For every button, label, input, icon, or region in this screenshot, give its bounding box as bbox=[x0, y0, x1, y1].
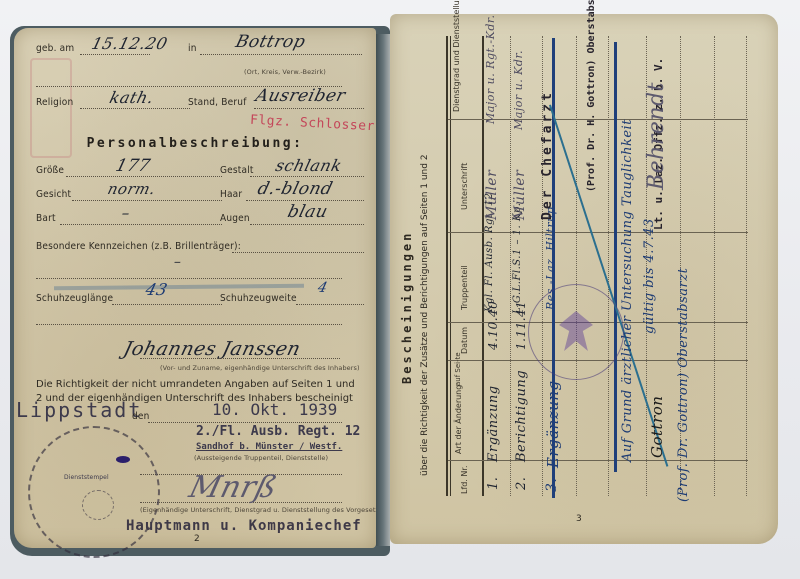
violet-signature: Behrendt bbox=[644, 82, 669, 190]
officer-title: Hauptmann u. Kompaniechef bbox=[126, 518, 362, 534]
field-row-size-build: Größe 177 Gestalt schlank bbox=[36, 162, 358, 180]
right-page-title: Bescheinigungen bbox=[400, 231, 414, 384]
right-page-subtitle: über die Richtigkeit der Zusätze und Ber… bbox=[420, 154, 430, 476]
col-header-dienstgrad: Dienstgrad und Dienststellung bbox=[452, 0, 462, 112]
annotation-5: (Prof. Dr. Gottron) Oberstabsarzt bbox=[676, 268, 691, 502]
unit-location: Sandhof b. Münster / Westf. bbox=[196, 442, 342, 452]
service-seal: Dienststempel bbox=[28, 426, 160, 558]
special-marks-label: Besondere Kennzeichen (z.B. Brillenträge… bbox=[36, 241, 241, 252]
profession-stamp: Flgz. Schlosser bbox=[250, 113, 376, 135]
section-title: Personalbeschreibung: bbox=[14, 136, 376, 151]
annotation-1: Auf Grund ärztlicher Untersuchung Taugli… bbox=[620, 119, 635, 462]
eagle-round-stamp bbox=[528, 284, 624, 380]
religion-value: kath. bbox=[108, 88, 156, 107]
holder-signature: Johannes Janssen bbox=[121, 338, 303, 360]
col-header-nr: Lfd. Nr. bbox=[460, 465, 469, 494]
row1-nr: 1. bbox=[486, 477, 501, 490]
eyes-value: blau bbox=[286, 202, 330, 222]
holder-signature-caption: (Vor- und Zuname, eigenhändige Unterschr… bbox=[160, 364, 360, 372]
place-label: in bbox=[188, 43, 197, 54]
place-stamp: Lippstadt bbox=[16, 398, 142, 422]
beard-label: Bart bbox=[36, 213, 56, 224]
page-number-left: 2 bbox=[194, 534, 200, 544]
beard-value: – bbox=[120, 204, 132, 222]
birth-row: geb. am 15.12.20 in Bottrop bbox=[36, 40, 358, 58]
officer-caption: (Eigenhändige Unterschrift, Dienstgrad u… bbox=[140, 506, 393, 514]
eagle-emblem bbox=[82, 490, 114, 520]
unit-stamp: 2./Fl. Ausb. Regt. 12 bbox=[196, 424, 360, 439]
size-label: Größe bbox=[36, 165, 64, 176]
shoe-length-value: 43 bbox=[144, 280, 170, 299]
table-border-left bbox=[446, 36, 448, 496]
eyes-label: Augen bbox=[220, 213, 250, 224]
row2-art: Berichtigung bbox=[514, 370, 529, 462]
strike-bar-1 bbox=[552, 38, 555, 498]
shoe-length-label: Schuhzeuglänge bbox=[36, 293, 113, 304]
profession-value: Ausreiber bbox=[254, 86, 348, 106]
col-header-art: Art der Änderung bbox=[454, 385, 463, 454]
page-number-right: 3 bbox=[576, 514, 582, 524]
unit-caption: (Aussteigende Truppenteil, Dienststelle) bbox=[194, 454, 328, 462]
shoe-width-value: 4 bbox=[316, 280, 329, 296]
date-stamp: 10. Okt. 1939 bbox=[212, 400, 337, 419]
col-header-truppenteil: Truppenteil bbox=[460, 265, 469, 310]
row1-art: Ergänzung bbox=[486, 385, 501, 462]
annotation-4-signature: Gottron bbox=[648, 396, 666, 458]
col-header-datum: Datum bbox=[460, 327, 469, 354]
shoe-row: Schuhzeuglänge 43 Schuhzeugweite 4 bbox=[36, 290, 358, 308]
build-label: Gestalt bbox=[220, 165, 254, 176]
build-value: schlank bbox=[274, 156, 344, 175]
seal-label: Dienststempel bbox=[64, 474, 109, 481]
place-caption: (Ort, Kreis, Verw.-Bezirk) bbox=[244, 68, 326, 76]
row2-unterschrift: Müller bbox=[512, 170, 528, 220]
row2-dienstgrad: Major u. Kdr. bbox=[512, 50, 525, 130]
born-value: 15.12.20 bbox=[90, 34, 170, 53]
ink-blot bbox=[116, 456, 130, 463]
officer-signature: Mnrß bbox=[186, 470, 281, 505]
book-spine bbox=[376, 34, 390, 546]
annotation-2: gültig bis 4.7.43 bbox=[642, 218, 657, 334]
place-value: Bottrop bbox=[234, 32, 308, 52]
special-marks-row: Besondere Kennzeichen (z.B. Brillenträge… bbox=[36, 238, 358, 256]
row2-nr: 2. bbox=[514, 477, 529, 490]
col-header-unterschrift: Unterschrift bbox=[460, 163, 469, 210]
religion-label: Religion bbox=[36, 97, 73, 108]
shoe-width-label: Schuhzeugweite bbox=[220, 293, 297, 304]
right-page: Bescheinigungen über die Richtigkeit der… bbox=[390, 14, 778, 544]
face-label: Gesicht bbox=[36, 189, 71, 200]
document-photo: geb. am 15.12.20 in Bottrop (Ort, Kreis,… bbox=[0, 0, 800, 579]
face-value: norm. bbox=[106, 180, 158, 198]
row1-unterschrift: Müller bbox=[484, 170, 500, 220]
row1-dienstgrad: Major u. Rgt.-Kdr. bbox=[484, 15, 497, 124]
row3-dienstgrad-stamp: (Prof. Dr. H. Gottron) Oberstabsarzt bbox=[586, 0, 597, 192]
left-page: geb. am 15.12.20 in Bottrop (Ort, Kreis,… bbox=[14, 28, 376, 548]
religion-row: Religion kath. Stand, Beruf Ausreiber bbox=[36, 94, 358, 112]
hair-label: Haar bbox=[220, 189, 242, 200]
special-marks-value: – bbox=[172, 254, 183, 270]
hair-value: d.-blond bbox=[256, 179, 335, 199]
strike-bar-2 bbox=[614, 42, 617, 472]
born-label: geb. am bbox=[36, 43, 74, 54]
place-suffix: den bbox=[132, 411, 150, 422]
field-row-beard-eyes: Bart – Augen blau bbox=[36, 210, 358, 228]
eagle-icon bbox=[559, 311, 593, 351]
size-value: 177 bbox=[114, 156, 153, 176]
profession-label: Stand, Beruf bbox=[188, 97, 247, 108]
col-header-seite: auf Sei-te bbox=[454, 362, 462, 386]
